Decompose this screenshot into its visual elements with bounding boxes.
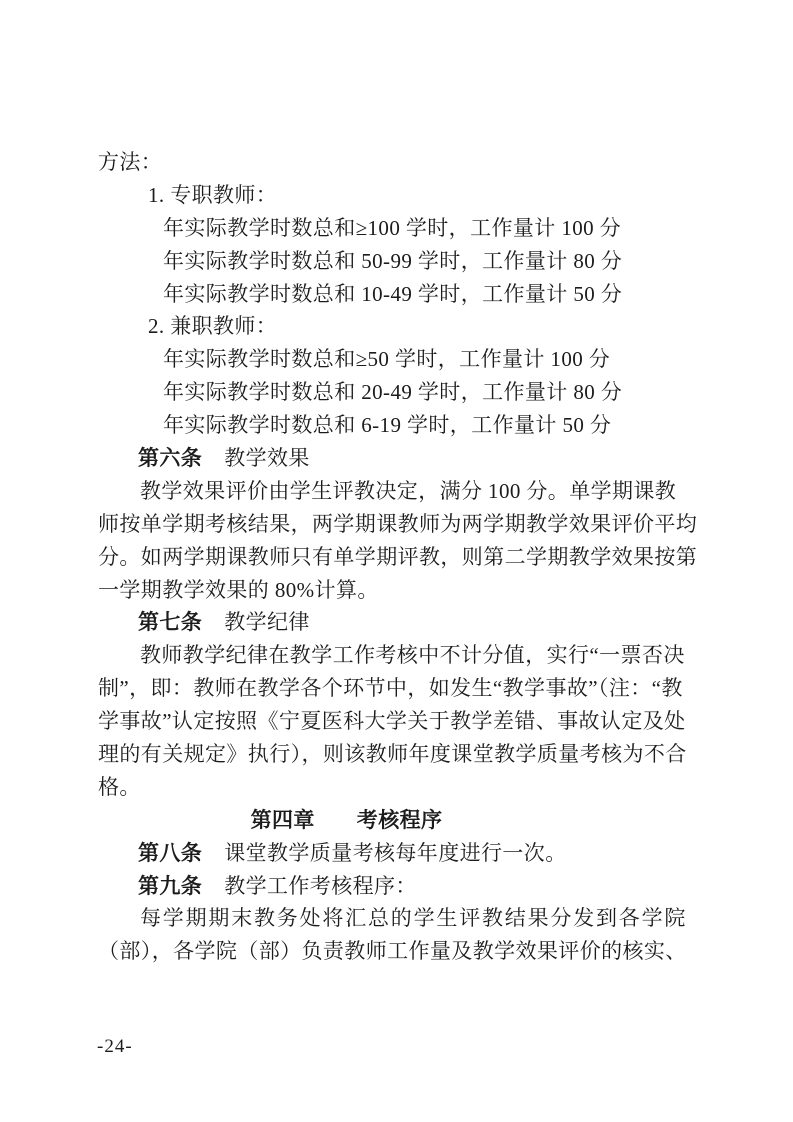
line-text: 理的有关规定》执行），则该教师年度课堂教学质量考核为不合 bbox=[98, 742, 687, 766]
line-text: 年实际教学时数总和 20-49 学时，工作量计 80 分 bbox=[163, 380, 622, 404]
doc-line: 第九条教学工作考核程序： bbox=[98, 870, 690, 903]
doc-line: 年实际教学时数总和 20-49 学时，工作量计 80 分 bbox=[98, 376, 690, 409]
doc-line: 学事故”认定按照《宁夏医科大学关于教学差错、事故认定及处 bbox=[98, 705, 690, 738]
line-text: 课堂教学质量考核每年度进行一次。 bbox=[224, 841, 566, 865]
line-text: 教学纪律 bbox=[224, 610, 310, 634]
doc-line: 制”，即：教师在教学各个环节中，如发生“教学事故”（注：“教 bbox=[98, 672, 690, 705]
chapter-number: 第四章 bbox=[251, 808, 315, 832]
line-text: 年实际教学时数总和 6-19 学时，工作量计 50 分 bbox=[163, 413, 611, 437]
line-text: 年实际教学时数总和≥100 学时，工作量计 100 分 bbox=[163, 216, 621, 240]
line-text: 年实际教学时数总和 50-99 学时，工作量计 80 分 bbox=[163, 249, 622, 273]
doc-line: 格。 bbox=[98, 771, 690, 804]
line-text: 教师教学纪律在教学工作考核中不计分值，实行“一票否决 bbox=[140, 643, 685, 667]
doc-line: 分。如两学期课教师只有单学期评教，则第二学期教学效果按第 bbox=[98, 541, 690, 574]
article-number: 第七条 bbox=[138, 610, 202, 634]
doc-line: 理的有关规定》执行），则该教师年度课堂教学质量考核为不合 bbox=[98, 738, 690, 771]
article-number: 第八条 bbox=[138, 841, 202, 865]
line-text: 教学工作考核程序： bbox=[224, 874, 417, 898]
doc-line: 教学效果评价由学生评教决定，满分 100 分。单学期课教 bbox=[98, 475, 690, 508]
document-body: 方法：1. 专职教师：年实际教学时数总和≥100 学时，工作量计 100 分年实… bbox=[98, 146, 690, 968]
doc-line: 1. 专职教师： bbox=[98, 179, 690, 212]
article-number: 第六条 bbox=[138, 446, 202, 470]
line-text: 方法： bbox=[98, 150, 162, 174]
line-text: （部），各学院（部）负责教师工作量及教学效果评价的核实、 bbox=[98, 939, 687, 963]
doc-line: 第八条课堂教学质量考核每年度进行一次。 bbox=[98, 837, 690, 870]
line-text: 制”，即：教师在教学各个环节中，如发生“教学事故”（注：“教 bbox=[98, 676, 683, 700]
doc-line: （部），各学院（部）负责教师工作量及教学效果评价的核实、 bbox=[98, 935, 690, 968]
line-text: 教学效果 bbox=[224, 446, 310, 470]
line-text: 年实际教学时数总和 10-49 学时，工作量计 50 分 bbox=[163, 282, 622, 306]
doc-line: 第七条教学纪律 bbox=[98, 606, 690, 639]
doc-line: 年实际教学时数总和 50-99 学时，工作量计 80 分 bbox=[98, 245, 690, 278]
page-number: -24- bbox=[97, 1036, 133, 1058]
line-text: 师按单学期考核结果，两学期课教师为两学期教学效果评价平均 bbox=[98, 512, 697, 536]
line-text: 每学期期末教务处将汇总的学生评教结果分发到各学院 bbox=[140, 906, 687, 930]
line-text: 一学期教学效果的 80%计算。 bbox=[98, 578, 379, 602]
line-text: 年实际教学时数总和≥50 学时，工作量计 100 分 bbox=[163, 347, 610, 371]
doc-line: 年实际教学时数总和 6-19 学时，工作量计 50 分 bbox=[98, 409, 690, 442]
doc-line: 方法： bbox=[98, 146, 690, 179]
line-text: 2. 兼职教师： bbox=[148, 314, 277, 338]
doc-line: 每学期期末教务处将汇总的学生评教结果分发到各学院 bbox=[98, 902, 690, 935]
chapter-heading: 第四章考核程序 bbox=[98, 804, 690, 837]
doc-line: 2. 兼职教师： bbox=[98, 310, 690, 343]
document-page: 方法：1. 专职教师：年实际教学时数总和≥100 学时，工作量计 100 分年实… bbox=[0, 0, 793, 1122]
line-text: 教学效果评价由学生评教决定，满分 100 分。单学期课教 bbox=[140, 479, 676, 503]
doc-line: 年实际教学时数总和≥50 学时，工作量计 100 分 bbox=[98, 343, 690, 376]
doc-line: 一学期教学效果的 80%计算。 bbox=[98, 574, 690, 607]
doc-line: 师按单学期考核结果，两学期课教师为两学期教学效果评价平均 bbox=[98, 508, 690, 541]
article-number: 第九条 bbox=[138, 874, 202, 898]
line-text: 学事故”认定按照《宁夏医科大学关于教学差错、事故认定及处 bbox=[98, 709, 686, 733]
line-text: 格。 bbox=[98, 775, 141, 799]
doc-line: 教师教学纪律在教学工作考核中不计分值，实行“一票否决 bbox=[98, 639, 690, 672]
line-text: 分。如两学期课教师只有单学期评教，则第二学期教学效果按第 bbox=[98, 545, 697, 569]
line-text: 考核程序 bbox=[357, 808, 443, 832]
line-text: 1. 专职教师： bbox=[148, 183, 277, 207]
doc-line: 年实际教学时数总和≥100 学时，工作量计 100 分 bbox=[98, 212, 690, 245]
doc-line: 第六条教学效果 bbox=[98, 442, 690, 475]
doc-line: 年实际教学时数总和 10-49 学时，工作量计 50 分 bbox=[98, 278, 690, 311]
